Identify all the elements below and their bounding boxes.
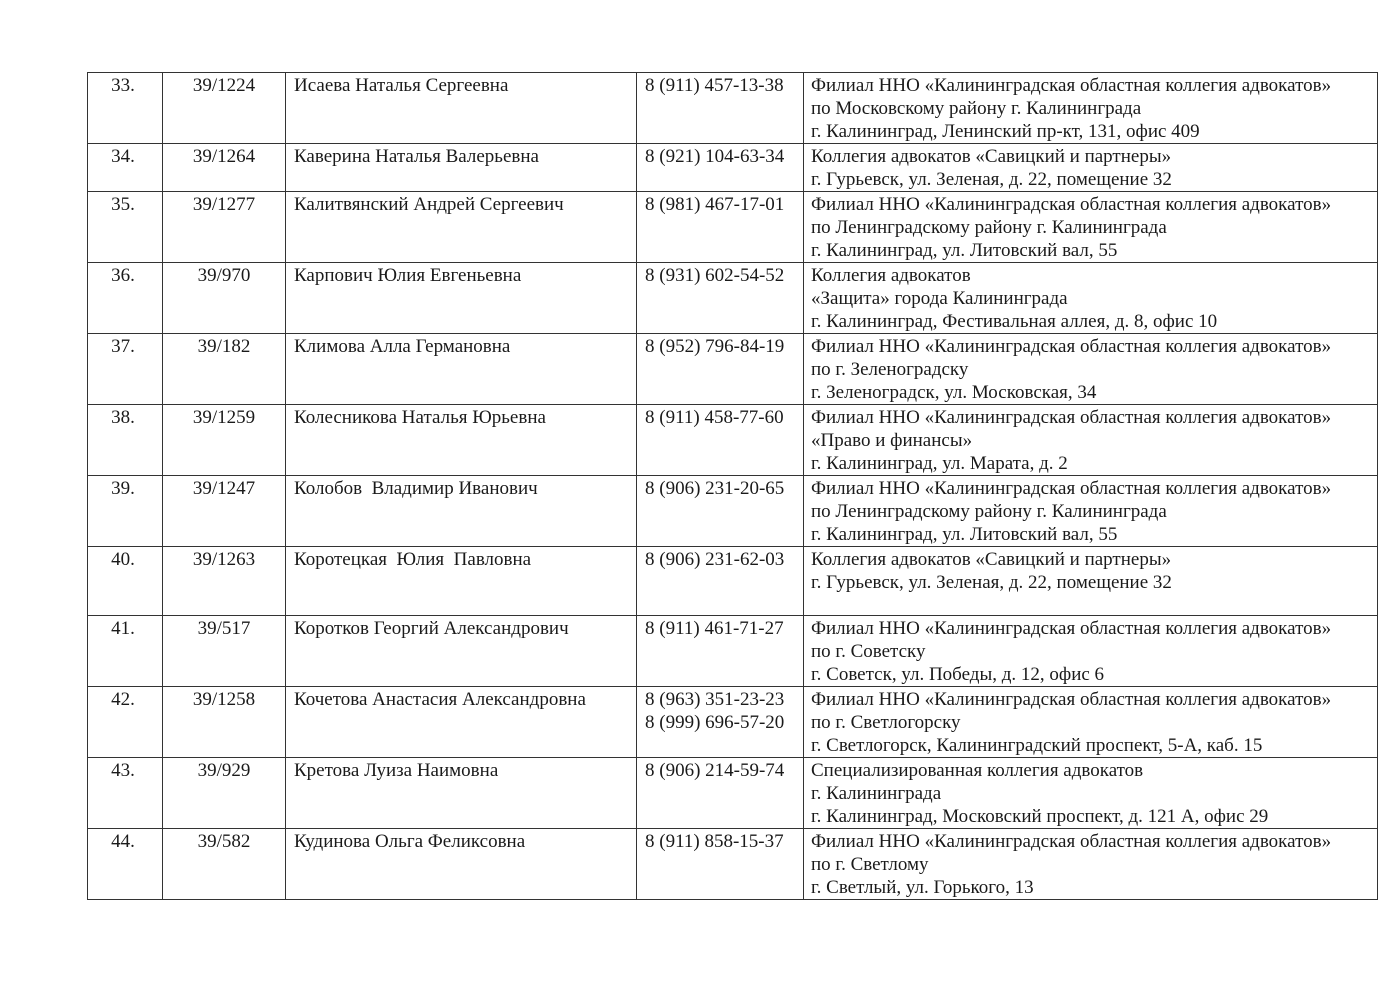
advocate-name: Калитвянский Андрей Сергеевич — [286, 192, 637, 263]
organization-name-line: Филиал ННО «Калининградская областная ко… — [811, 335, 1371, 358]
organization-address: г. Гурьевск, ул. Зеленая, д. 22, помещен… — [811, 168, 1371, 191]
organization-name-line: Специализированная коллегия адвокатов — [811, 759, 1371, 782]
organization-cell: Филиал ННО «Калининградская областная ко… — [804, 829, 1378, 900]
registry-number: 39/182 — [163, 334, 286, 405]
phone-number: 8 (999) 696-57-20 — [645, 711, 797, 734]
advocate-name: Карпович Юлия Евгеньевна — [286, 263, 637, 334]
advocate-name: Коротецкая Юлия Павловна — [286, 547, 637, 616]
phone-cell: 8 (931) 602-54-52 — [637, 263, 804, 334]
organization-name-line: по г. Зеленоградску — [811, 358, 1371, 381]
organization-name-line: Филиал ННО «Калининградская областная ко… — [811, 477, 1371, 500]
organization-name-line: Коллегия адвокатов «Савицкий и партнеры» — [811, 548, 1371, 571]
advocates-table-page: 33. 39/1224 Исаева Наталья Сергеевна 8 (… — [87, 72, 1377, 900]
organization-address: г. Калининград, Московский проспект, д. … — [811, 805, 1371, 828]
phone-number: 8 (921) 104-63-34 — [645, 145, 797, 168]
advocate-name: Каверина Наталья Валерьевна — [286, 144, 637, 192]
organization-address: г. Зеленоградск, ул. Московская, 34 — [811, 381, 1371, 404]
advocate-name: Кретова Луиза Наимовна — [286, 758, 637, 829]
organization-cell: Филиал ННО «Калининградская областная ко… — [804, 334, 1378, 405]
table-row: 42. 39/1258 Кочетова Анастасия Александр… — [88, 687, 1378, 758]
phone-cell: 8 (911) 457-13-38 — [637, 73, 804, 144]
registry-number: 39/1277 — [163, 192, 286, 263]
organization-address: г. Гурьевск, ул. Зеленая, д. 22, помещен… — [811, 571, 1371, 594]
organization-name-line: по г. Советску — [811, 640, 1371, 663]
table-row: 41. 39/517 Коротков Георгий Александрови… — [88, 616, 1378, 687]
organization-name-line: по Ленинградскому району г. Калининграда — [811, 216, 1371, 239]
organization-name-line: Коллегия адвокатов «Савицкий и партнеры» — [811, 145, 1371, 168]
organization-name-line: Филиал ННО «Калининградская областная ко… — [811, 74, 1371, 97]
advocate-name: Климова Алла Германовна — [286, 334, 637, 405]
organization-address: г. Калининград, Ленинский пр-кт, 131, оф… — [811, 120, 1371, 143]
phone-cell: 8 (911) 458-77-60 — [637, 405, 804, 476]
table-row: 40. 39/1263 Коротецкая Юлия Павловна 8 (… — [88, 547, 1378, 616]
organization-name-line: по г. Светлогорску — [811, 711, 1371, 734]
advocate-name: Кудинова Ольга Феликсовна — [286, 829, 637, 900]
table-row: 39. 39/1247 Колобов Владимир Иванович 8 … — [88, 476, 1378, 547]
advocate-name: Колобов Владимир Иванович — [286, 476, 637, 547]
organization-cell: Специализированная коллегия адвокатовг. … — [804, 758, 1378, 829]
table-body: 33. 39/1224 Исаева Наталья Сергеевна 8 (… — [88, 73, 1378, 900]
phone-number: 8 (911) 458-77-60 — [645, 406, 797, 429]
phone-cell: 8 (906) 214-59-74 — [637, 758, 804, 829]
phone-cell: 8 (952) 796-84-19 — [637, 334, 804, 405]
organization-name-line: Филиал ННО «Калининградская областная ко… — [811, 688, 1371, 711]
phone-cell: 8 (906) 231-20-65 — [637, 476, 804, 547]
phone-number: 8 (906) 214-59-74 — [645, 759, 797, 782]
row-number: 36. — [88, 263, 163, 334]
registry-number: 39/970 — [163, 263, 286, 334]
organization-address: г. Калининград, ул. Марата, д. 2 — [811, 452, 1371, 475]
table-row: 33. 39/1224 Исаева Наталья Сергеевна 8 (… — [88, 73, 1378, 144]
table-row: 36. 39/970 Карпович Юлия Евгеньевна 8 (9… — [88, 263, 1378, 334]
table-row: 43. 39/929 Кретова Луиза Наимовна 8 (906… — [88, 758, 1378, 829]
registry-number: 39/1224 — [163, 73, 286, 144]
registry-number: 39/1263 — [163, 547, 286, 616]
organization-name-line: по Московскому району г. Калининграда — [811, 97, 1371, 120]
organization-name-line: Филиал ННО «Калининградская областная ко… — [811, 830, 1371, 853]
registry-number: 39/929 — [163, 758, 286, 829]
organization-cell: Филиал ННО «Калининградская областная ко… — [804, 192, 1378, 263]
phone-number: 8 (911) 461-71-27 — [645, 617, 797, 640]
organization-cell: Коллегия адвокатов «Савицкий и партнеры»… — [804, 547, 1378, 616]
table-row: 37. 39/182 Климова Алла Германовна 8 (95… — [88, 334, 1378, 405]
organization-address: г. Калининград, ул. Литовский вал, 55 — [811, 523, 1371, 546]
organization-address: г. Калининград, Фестивальная аллея, д. 8… — [811, 310, 1371, 333]
organization-name-line: по г. Светлому — [811, 853, 1371, 876]
phone-number: 8 (952) 796-84-19 — [645, 335, 797, 358]
registry-number: 39/517 — [163, 616, 286, 687]
phone-cell: 8 (921) 104-63-34 — [637, 144, 804, 192]
organization-name-line: «Право и финансы» — [811, 429, 1371, 452]
organization-cell: Филиал ННО «Калининградская областная ко… — [804, 616, 1378, 687]
table-row: 38. 39/1259 Колесникова Наталья Юрьевна … — [88, 405, 1378, 476]
phone-number: 8 (981) 467-17-01 — [645, 193, 797, 216]
organization-name-line: по Ленинградскому району г. Калининграда — [811, 500, 1371, 523]
registry-number: 39/1247 — [163, 476, 286, 547]
phone-number: 8 (931) 602-54-52 — [645, 264, 797, 287]
organization-address: г. Светлогорск, Калининградский проспект… — [811, 734, 1371, 757]
organization-cell: Филиал ННО «Калининградская областная ко… — [804, 687, 1378, 758]
row-number: 43. — [88, 758, 163, 829]
phone-cell: 8 (981) 467-17-01 — [637, 192, 804, 263]
row-number: 38. — [88, 405, 163, 476]
organization-name-line: Филиал ННО «Калининградская областная ко… — [811, 406, 1371, 429]
organization-name-line: «Защита» города Калининграда — [811, 287, 1371, 310]
row-number: 33. — [88, 73, 163, 144]
registry-number: 39/582 — [163, 829, 286, 900]
row-number: 35. — [88, 192, 163, 263]
advocate-name: Кочетова Анастасия Александровна — [286, 687, 637, 758]
registry-number: 39/1258 — [163, 687, 286, 758]
organization-name-line: г. Калининграда — [811, 782, 1371, 805]
organization-cell: Филиал ННО «Калининградская областная ко… — [804, 405, 1378, 476]
organization-name-line: Филиал ННО «Калининградская областная ко… — [811, 193, 1371, 216]
row-number: 37. — [88, 334, 163, 405]
table-row: 44. 39/582 Кудинова Ольга Феликсовна 8 (… — [88, 829, 1378, 900]
advocate-name: Исаева Наталья Сергеевна — [286, 73, 637, 144]
phone-number: 8 (906) 231-20-65 — [645, 477, 797, 500]
phone-number: 8 (911) 457-13-38 — [645, 74, 797, 97]
advocate-name: Коротков Георгий Александрович — [286, 616, 637, 687]
organization-address: г. Советск, ул. Победы, д. 12, офис 6 — [811, 663, 1371, 686]
organization-name-line: Филиал ННО «Калининградская областная ко… — [811, 617, 1371, 640]
row-number: 44. — [88, 829, 163, 900]
registry-number: 39/1264 — [163, 144, 286, 192]
row-number: 34. — [88, 144, 163, 192]
row-number: 42. — [88, 687, 163, 758]
organization-address: г. Светлый, ул. Горького, 13 — [811, 876, 1371, 899]
row-number: 41. — [88, 616, 163, 687]
phone-cell: 8 (911) 858-15-37 — [637, 829, 804, 900]
organization-cell: Филиал ННО «Калининградская областная ко… — [804, 73, 1378, 144]
phone-cell: 8 (963) 351-23-238 (999) 696-57-20 — [637, 687, 804, 758]
phone-number: 8 (906) 231-62-03 — [645, 548, 797, 571]
table-row: 34. 39/1264 Каверина Наталья Валерьевна … — [88, 144, 1378, 192]
organization-name-line: Коллегия адвокатов — [811, 264, 1371, 287]
row-number: 39. — [88, 476, 163, 547]
organization-cell: Коллегия адвокатов«Защита» города Калини… — [804, 263, 1378, 334]
phone-cell: 8 (906) 231-62-03 — [637, 547, 804, 616]
organization-address: г. Калининград, ул. Литовский вал, 55 — [811, 239, 1371, 262]
registry-number: 39/1259 — [163, 405, 286, 476]
advocate-name: Колесникова Наталья Юрьевна — [286, 405, 637, 476]
phone-number: 8 (911) 858-15-37 — [645, 830, 797, 853]
phone-number: 8 (963) 351-23-23 — [645, 688, 797, 711]
advocates-table: 33. 39/1224 Исаева Наталья Сергеевна 8 (… — [87, 72, 1378, 900]
row-number: 40. — [88, 547, 163, 616]
phone-cell: 8 (911) 461-71-27 — [637, 616, 804, 687]
organization-cell: Коллегия адвокатов «Савицкий и партнеры»… — [804, 144, 1378, 192]
table-row: 35. 39/1277 Калитвянский Андрей Сергееви… — [88, 192, 1378, 263]
organization-cell: Филиал ННО «Калининградская областная ко… — [804, 476, 1378, 547]
